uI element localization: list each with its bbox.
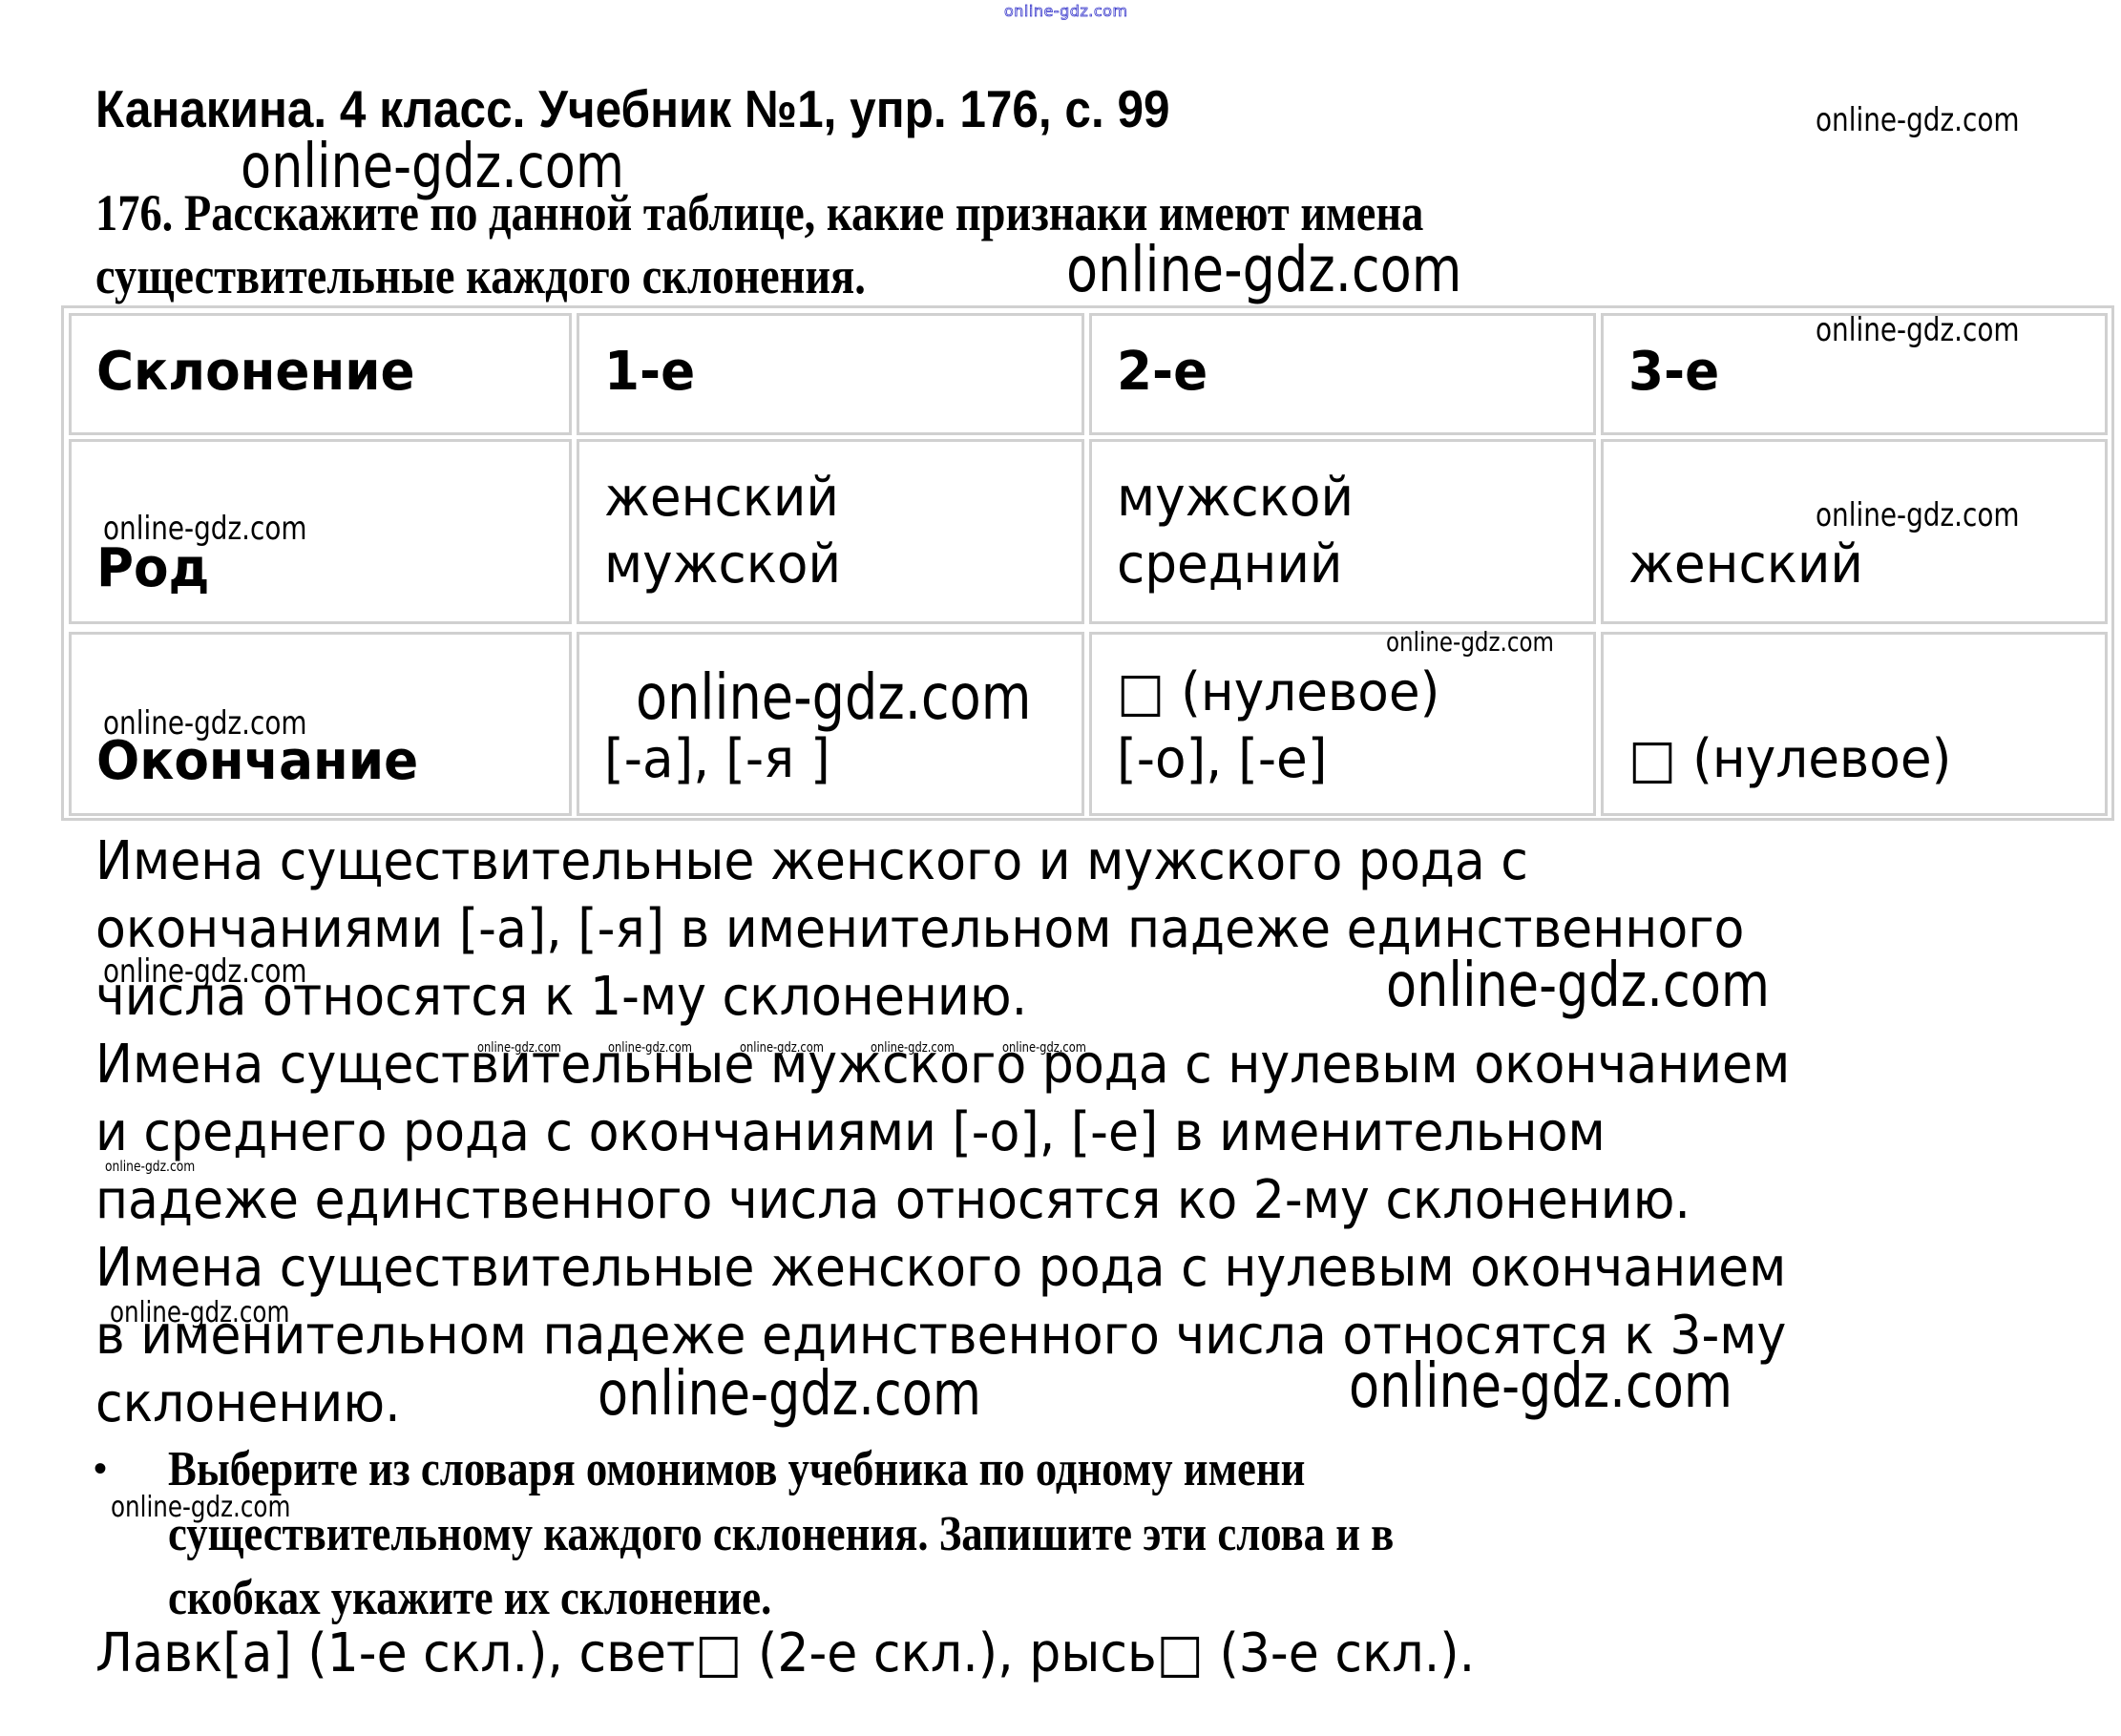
watermark: online-gdz.com: [1816, 311, 2020, 349]
bullet-icon: •: [94, 1446, 107, 1491]
cell-line: мужской: [1117, 465, 1354, 532]
watermark: online-gdz.com: [110, 1296, 289, 1329]
top-watermark: online-gdz.com: [1004, 2, 1128, 20]
cell-line: средний: [1117, 532, 1342, 598]
table-header-cell: Склонение: [69, 313, 572, 435]
table-cell: женский мужской: [577, 439, 1084, 624]
watermark: online-gdz.com: [1386, 951, 1770, 1021]
watermark: online-gdz.com: [1002, 1040, 1086, 1056]
watermark: online-gdz.com: [105, 1158, 195, 1175]
bullet-task-line: Выберите из словаря омонимов учебника по…: [168, 1441, 1305, 1497]
bullet-task-line: скобках укажите их склонение.: [168, 1570, 771, 1626]
explanation-line: и среднего рода с окончаниями [-о], [-е]…: [95, 1101, 1606, 1163]
watermark: online-gdz.com: [103, 952, 307, 991]
watermark: online-gdz.com: [477, 1040, 561, 1056]
header-label: 3-е: [1628, 339, 1719, 406]
cell-line: женский: [604, 465, 839, 532]
page-title: Канакина. 4 класс. Учебник №1, упр. 176,…: [95, 78, 1170, 139]
header-label: 1-е: [604, 339, 695, 406]
watermark: online-gdz.com: [111, 1491, 290, 1524]
table-cell: □ (нулевое) [-о], [-е]: [1089, 632, 1596, 816]
watermark: online-gdz.com: [598, 1359, 981, 1430]
watermark: online-gdz.com: [1349, 1351, 1732, 1422]
table-header-cell: 1-е: [577, 313, 1084, 435]
watermark: online-gdz.com: [103, 510, 307, 548]
answer-line: Лавк[а] (1-е скл.), свет□ (2-е скл.), ры…: [95, 1622, 1475, 1684]
watermark: online-gdz.com: [1066, 233, 1462, 306]
header-label: Склонение: [96, 339, 415, 406]
explanation-line: склонению.: [95, 1372, 401, 1434]
explanation-line: Имена существительные женского рода с ну…: [95, 1237, 1786, 1299]
watermark: online-gdz.com: [636, 660, 1032, 734]
watermark: online-gdz.com: [1816, 101, 2020, 139]
cell-line: женский: [1628, 532, 1863, 598]
cell-line: □ (нулевое): [1117, 659, 1439, 726]
watermark: online-gdz.com: [103, 704, 307, 743]
table-header-cell: 2-е: [1089, 313, 1596, 435]
cell-line: [-а], [-я ]: [604, 726, 830, 793]
explanation-line: Имена существительные женского и мужског…: [95, 830, 1528, 892]
cell-line: [-о], [-е]: [1117, 726, 1328, 793]
explanation-line: падеже единственного числа относятся ко …: [95, 1169, 1690, 1231]
task-line-2: существительные каждого склонения.: [95, 246, 866, 305]
cell-line: □ (нулевое): [1628, 726, 1951, 793]
watermark: online-gdz.com: [1386, 626, 1554, 658]
cell-line: мужской: [604, 532, 841, 598]
watermark: online-gdz.com: [871, 1040, 955, 1056]
header-label: 2-е: [1117, 339, 1207, 406]
bullet-task-line: существительному каждого склонения. Запи…: [168, 1506, 1394, 1562]
table-cell: □ (нулевое): [1601, 632, 2108, 816]
watermark: online-gdz.com: [1816, 496, 2020, 534]
watermark: online-gdz.com: [608, 1040, 692, 1056]
table-cell: мужской средний: [1089, 439, 1596, 624]
watermark: online-gdz.com: [740, 1040, 824, 1056]
